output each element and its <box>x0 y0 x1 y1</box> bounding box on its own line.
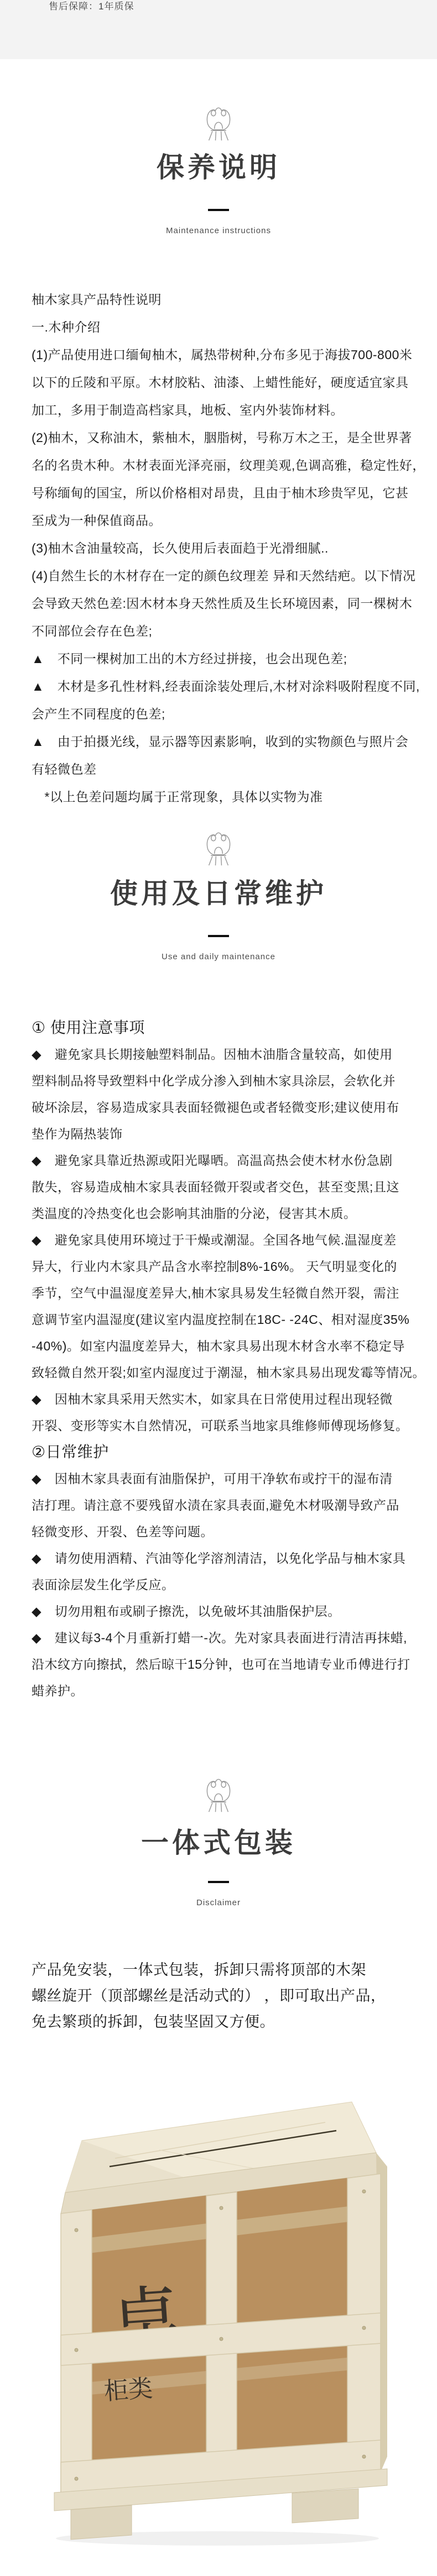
body-text-line: 表面涂层发生化学反应。 <box>32 1571 419 1598</box>
body-text-line: 沿木纹方向擦拭，然后晾干15分钟，也可在当地请专业币傅进行打 <box>32 1651 419 1678</box>
product-detail-page: 售后保障：1年质保 保养说明 Maintenance instructions … <box>0 0 437 2576</box>
body-text-line: (3)柚木含油量较高，长久使用后表面趋于光滑细腻.. <box>32 534 419 562</box>
body-text-line: 致轻微自然开裂;如室内湿度过于潮湿，柚木家具易出现发霉等情况。 <box>32 1359 419 1386</box>
body-text-line: 洁打理。请注意不要残留水渍在家具表面,避免木材吸潮导致产品 <box>32 1492 419 1518</box>
body-text-line: ◆ 因柚木家具采用天然实木，如家具在日常使用过程出现轻微 <box>32 1386 419 1412</box>
section-title-care: 保养说明 <box>0 148 437 187</box>
section-title-usage: 使用及日常维护 <box>0 874 437 913</box>
body-text-line: 产品免安装，一体式包装，拆卸只需将顶部的木架 <box>32 1957 419 1983</box>
body-text-line: ◆ 建议每3-4个月重新打蜡一-次。先对家具表面进行清洁再抹蜡, <box>32 1625 419 1651</box>
section-subtitle-usage: Use and daily maintenance <box>0 951 437 963</box>
body-text-line: 柚木家具产品特性说明 <box>32 286 419 313</box>
packing-crate-photo: 桌 柜类 <box>49 2075 388 2546</box>
title-divider <box>208 935 229 937</box>
body-text-line: 不同部位会存在色差; <box>32 617 419 645</box>
body-text-line: ◆ 避免家具长期接触塑料制品。因柚木油脂含量较高，如使用 <box>32 1041 419 1068</box>
body-text-line: ◆ 请勿使用酒精、汽油等化学溶剂清洁，以免化学品与柚木家具 <box>32 1545 419 1571</box>
body-text-line: ②日常维护 <box>32 1439 419 1465</box>
body-text-line: -40%)。如室内温度差异大，柚木家具易出现木材含水率不稳定导 <box>32 1333 419 1359</box>
title-divider <box>208 1881 229 1883</box>
body-text-line: 破坏涂层，容易造成家具表面轻微褪色或者轻微变形;建议使用布 <box>32 1094 419 1121</box>
section-subtitle-packaging: Disclaimer <box>0 1897 437 1909</box>
body-text-line: ▲ 由于拍摄光线，显示器等因素影响，收到的实物颜色与照片会 <box>32 728 419 755</box>
body-text-line: 加工，多用于制造高档家具，地板、室内外装饰材料。 <box>32 396 419 424</box>
section-subtitle-care: Maintenance instructions <box>0 225 437 236</box>
crate-illustration: 桌 柜类 <box>49 2075 388 2546</box>
body-text-line: 意调节室内温湿度(建议室内温度控制在18C- -24C、相对湿度35% <box>32 1306 419 1333</box>
body-text-line: ◆ 因柚木家具表面有油脂保护，可用干净软布或拧干的湿布清 <box>32 1465 419 1492</box>
body-text-line: 散失，容易造成柚木家具表面轻微开裂或者交色，甚至变黑;且这 <box>32 1174 419 1200</box>
body-text-line: 塑料制品将导致塑料中化学成分渗入到柚木家具涂层，会软化并 <box>32 1068 419 1094</box>
body-text-line: ① 使用注意事项 <box>32 1014 419 1041</box>
body-text-line: 季节，空气中温湿度差异大,柚木家具易发生轻微自然开裂，需注 <box>32 1280 419 1306</box>
body-text-line: ◆ 避免家具使用环境过于干燥或潮湿。全国各地气候.温湿度差 <box>32 1227 419 1253</box>
chair-line-icon <box>201 105 236 141</box>
chair-line-icon <box>201 1776 236 1813</box>
body-text-line: (2)柚木，又称油木，紫柚木，胭脂树，号称万木之王，是全世界著 <box>32 424 419 451</box>
body-text-line: 垫作为隔热装饰 <box>32 1121 419 1147</box>
title-divider <box>208 209 229 211</box>
body-text-line: 一.木种介绍 <box>32 313 419 341</box>
after-sales-label: 售后保障：1年质保 <box>49 0 134 13</box>
care-text-block: 柚木家具产品特性说明一.木种介绍(1)产品使用进口缅甸柚木，属热带树种,分布多见… <box>32 286 419 811</box>
packaging-text-block: 产品免安装，一体式包装，拆卸只需将顶部的木架螺丝旋开（顶部螺丝是活动式的） ，即… <box>32 1957 419 2035</box>
body-text-line: 开裂、变形等实木自然情况，可联系当地家具维修师傅现场修复。 <box>32 1412 419 1439</box>
body-text-line: 会导致天然色差:因木材本身天然性质及生长环境因素，同一棵树木 <box>32 590 419 617</box>
body-text-line: 免去繁琐的拆卸，包装坚固又方便。 <box>32 2009 419 2035</box>
usage-text-block: ① 使用注意事项◆ 避免家具长期接触塑料制品。因柚木油脂含量较高，如使用塑料制品… <box>32 1014 419 1704</box>
body-text-line: ◆ 切勿用粗布或刷子擦洗，以免破坏其油脂保护层。 <box>32 1598 419 1625</box>
after-sales-bar: 售后保障：1年质保 <box>0 0 437 59</box>
section-title-packaging: 一体式包装 <box>0 1823 437 1862</box>
body-text-line: (1)产品使用进口缅甸柚木，属热带树种,分布多见于海拔700-800米 <box>32 341 419 369</box>
body-text-line: ▲ 木材是多孔性材料,经表面涂装处理后,木材对涂料吸附程度不同, <box>32 672 419 700</box>
body-text-line: ◆ 避免家具靠近热源或阳光曝晒。高温高热会使木材水份急剧 <box>32 1147 419 1174</box>
body-text-line: (4)自然生长的木材存在一定的颜色纹理差 异和天然结疤。以下情况 <box>32 562 419 590</box>
body-text-line: 螺丝旋开（顶部螺丝是活动式的） ，即可取出产品， <box>32 1983 419 2009</box>
body-text-line: 轻微变形、开裂、色差等问题。 <box>32 1518 419 1545</box>
body-text-line: 会产生不同程度的色差; <box>32 700 419 728</box>
body-text-line: 号称缅甸的国宝，所以价格相对昂贵，且由于柚木珍贵罕见，它甚 <box>32 479 419 507</box>
chair-line-icon <box>201 830 236 866</box>
body-text-line: 以下的丘陵和平原。木材胶粘、油漆、上蜡性能好，硬度适宜家具 <box>32 369 419 396</box>
body-text-line: 名的名贵木种。木材表面光泽亮丽，纹理美观,色调高雅，稳定性好， <box>32 451 419 479</box>
body-text-line: ▲ 不同一棵树加工出的木方经过拼接，也会出现色差; <box>32 645 419 672</box>
body-text-line: 异大，行业内木家具产品含水率控制8%-16%。 天气明显变化的 <box>32 1253 419 1280</box>
body-text-line: *以上色差问题均属于正常现象，具体以实物为准 <box>32 783 419 811</box>
body-text-line: 有轻微色差 <box>32 755 419 783</box>
body-text-line: 至成为一种保值商品。 <box>32 507 419 534</box>
body-text-line: 类温度的冷热变化也会影响其油脂的分泌，侵害其木质。 <box>32 1200 419 1227</box>
crate-box-label-small: 柜类 <box>103 2375 153 2405</box>
body-text-line: 蜡养护。 <box>32 1678 419 1704</box>
